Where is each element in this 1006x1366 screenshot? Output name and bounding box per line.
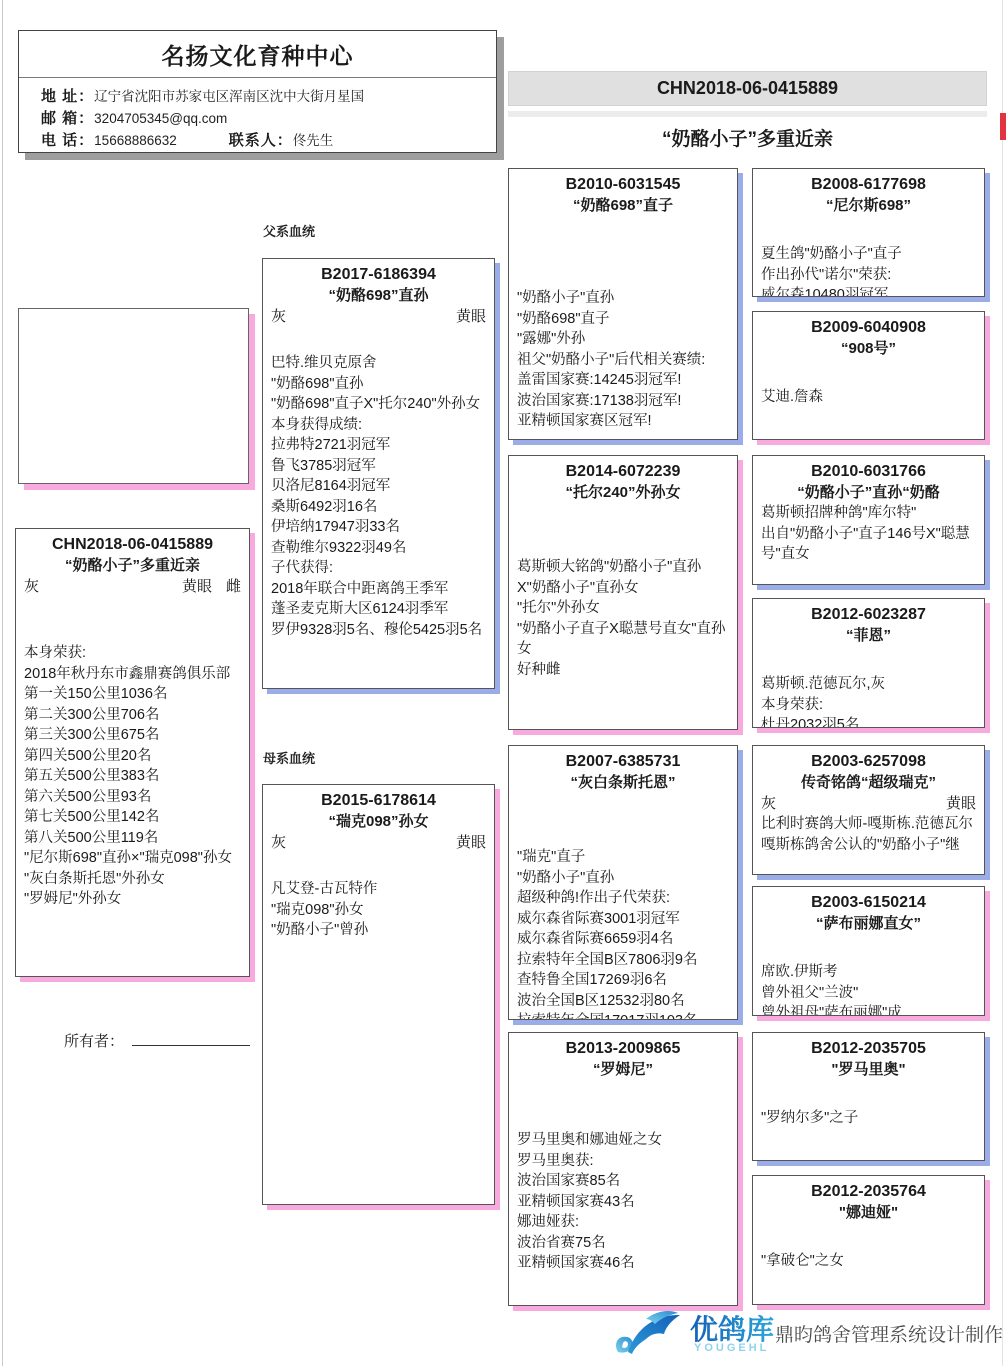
ring-number: B2017-6186394 [271,264,486,285]
red-edge-mark [1000,113,1006,140]
page-left-border [2,0,3,1366]
phone-value: 15668886632 [94,133,177,148]
loft-contact-rows: 地 址：辽宁省沈阳市苏家屯区浑南区沈中大街月星国 邮 箱：3204705345@… [19,78,496,152]
bird-name: “灰白条斯托恩” [517,772,729,793]
pedigree-box-mm: B2013-2009865 “罗姆尼” 罗马里奥和娜迪娅之女 罗马里奥获: 波治… [508,1032,738,1306]
bird-traits: 灰 黄眼雌 [24,576,241,597]
bird-notes: 巴特.维贝克原舍 "奶酪698"直孙 "奶酪698"直子X"托尔240"外孙女 … [271,353,486,640]
pedigree-subtitle: “奶酪小子”多重近亲 [508,124,987,151]
bird-name: “罗姆尼” [517,1059,729,1080]
ring-number: B2015-6178614 [271,790,486,811]
paternal-line-label: 父系血统 [263,221,315,240]
ring-number: B2010-6031545 [517,174,729,195]
page-right-border [1002,0,1003,1366]
bird-notes: "奶酪小子"直孙 "奶酪698"直子 "露娜"外孙 祖父"奶酪小子"后代相关赛绩… [517,288,729,432]
pedigree-box-mother: B2015-6178614 “瑞克098”孙女 灰 黄眼 凡艾登-古瓦特作 "瑞… [262,784,495,1205]
title-bar-strip [508,111,987,117]
contact-value: 佟先生 [293,133,334,148]
email-label: 邮 箱： [41,110,94,127]
pedigree-box-main: CHN2018-06-0415889 “奶酪小子”多重近亲 灰 黄眼雌 本身荣获… [15,528,250,977]
pedigree-box-mmm: B2012-2035764 "娜迪娅" "拿破仑"之女 [752,1175,985,1305]
pedigree-box-mff: B2003-6257098 传奇铭鸽“超级瑞克” 灰 黄眼 比利时赛鸽大师-嘎斯… [752,745,985,875]
color-value: 灰 [24,576,39,597]
ring-number: B2009-6040908 [761,317,976,338]
eye-value: 黄眼 [456,832,486,853]
pedigree-box-father: B2017-6186394 “奶酪698”直孙 灰 黄眼 巴特.维贝克原舍 "奶… [262,258,495,689]
color-value: 灰 [271,306,286,327]
email-value: 3204705345@qq.com [94,111,227,126]
bird-notes: 本身荣获: 2018年秋丹东市鑫鼎赛鸽俱乐部 第一关150公里1036名 第二关… [24,643,241,910]
bird-name: “尼尔斯698” [761,195,976,216]
bird-name: “瑞克098”孙女 [271,811,486,832]
owner-blank-line [132,1031,250,1046]
ring-number: CHN2018-06-0415889 [24,534,241,555]
maternal-line-label: 母系血统 [263,748,315,767]
yougeku-logo-latin: YOUGEHL [694,1342,769,1354]
ring-number: B2014-6072239 [517,461,729,482]
phone-label: 电 话： [41,132,94,149]
bird-notes: 葛斯顿大铭鸽"奶酪小子"直孙 X"奶酪小子"直孙女 "托尔"外孙女 "奶酪小子直… [517,557,729,680]
owner-label: 所有者： [64,1033,124,1050]
ring-number: B2008-6177698 [761,174,976,195]
pedigree-box-mf: B2007-6385731 “灰白条斯托恩” "瑞克"直子 "奶酪小子"直孙 超… [508,745,738,1020]
eye-value: 黄眼 [456,306,486,327]
eye-value: 黄眼 [946,793,976,814]
bird-name: “奶酪698”直孙 [271,285,486,306]
ring-number: B2012-2035764 [761,1181,976,1202]
ring-number: B2013-2009865 [517,1038,729,1059]
ring-number: B2007-6385731 [517,751,729,772]
bird-notes: 比利时赛鸽大师-嘎斯栋.范德瓦尔 嘎斯栋鸽舍公认的"奶酪小子"继 [761,814,976,855]
bird-notes: 夏生鸽"奶酪小子"直子 作出孙代"诺尔"荣获: 威尔森10480羽冠军 [761,244,976,297]
pedigree-box-ff: B2010-6031545 “奶酪698”直子 "奶酪小子"直孙 "奶酪698"… [508,168,738,440]
bird-name: “托尔240”外孙女 [517,482,729,503]
bird-notes: 艾迪.詹森 [761,387,976,408]
loft-name: 名扬文化育种中心 [19,31,496,78]
bird-traits: 灰 黄眼 [271,832,486,853]
pedigree-box-fm: B2014-6072239 “托尔240”外孙女 葛斯顿大铭鸽"奶酪小子"直孙 … [508,455,738,730]
pedigree-box-fff: B2008-6177698 “尼尔斯698” 夏生鸽"奶酪小子"直子 作出孙代"… [752,168,985,297]
bird-name: “奶酪小子”直孙“奶酪 [761,482,976,503]
bird-traits: 灰 黄眼 [761,793,976,814]
pedigree-box-fmf: B2010-6031766 “奶酪小子”直孙“奶酪 葛斯顿招牌种鸽"库尔特" 出… [752,455,985,585]
bird-notes: 凡艾登-古瓦特作 "瑞克098"孙女 "奶酪小子"曾孙 [271,879,486,941]
ring-number: B2012-6023287 [761,604,976,625]
phone-row: 电 话：15668886632联系人：佟先生 [41,130,496,152]
color-value: 灰 [761,793,776,814]
bird-name: “908号” [761,338,976,359]
eye-value: 黄眼 [182,576,212,597]
address-label: 地 址： [41,88,94,105]
bird-traits: 灰 黄眼 [271,306,486,327]
bird-notes: 葛斯顿.范德瓦尔,灰 本身荣获: 杜丹2032羽5名 [761,674,976,728]
ring-number: B2012-2035705 [761,1038,976,1059]
ring-number-bar: CHN2018-06-0415889 [508,71,987,106]
bird-notes: "拿破仑"之女 [761,1251,976,1272]
contact-label: 联系人： [229,132,293,149]
bird-name: 传奇铭鸽“超级瑞克” [761,772,976,793]
address-row: 地 址：辽宁省沈阳市苏家屯区浑南区沈中大街月星国 [41,86,496,108]
pedigree-box-mmf: B2012-2035705 "罗马里奥" "罗纳尔多"之子 [752,1032,985,1161]
system-credit-text: 鼎昀鸽舍管理系统设计制作 [775,1320,1003,1347]
email-row: 邮 箱：3204705345@qq.com [41,108,496,130]
bird-name: “奶酪小子”多重近亲 [24,555,241,576]
bird-notes: 葛斯顿招牌种鸽"库尔特" 出自"奶酪小子"直子146号X"聪慧号"直女 [761,503,976,565]
ring-number: B2003-6257098 [761,751,976,772]
bird-notes: "罗纳尔多"之子 [761,1108,976,1129]
photo-placeholder [18,308,249,484]
bird-notes: 席欧.伊斯考 曾外祖父"兰波" 曾外祖母"萨布丽娜"成 [761,962,976,1016]
pedigree-page: 名扬文化育种中心 地 址：辽宁省沈阳市苏家屯区浑南区沈中大街月星国 邮 箱：32… [0,0,1006,1366]
loft-header-card: 名扬文化育种中心 地 址：辽宁省沈阳市苏家屯区浑南区沈中大街月星国 邮 箱：32… [18,30,497,153]
bird-name: “菲恩” [761,625,976,646]
pedigree-box-fmm: B2012-6023287 “菲恩” 葛斯顿.范德瓦尔,灰 本身荣获: 杜丹20… [752,598,985,728]
bird-notes: 罗马里奥和娜迪娅之女 罗马里奥获: 波治国家赛85名 亚精顿国家赛43名 娜迪娅… [517,1130,729,1274]
pedigree-box-ffm: B2009-6040908 “908号” 艾迪.詹森 [752,311,985,440]
bird-name: "娜迪娅" [761,1202,976,1223]
pedigree-box-mfm: B2003-6150214 “萨布丽娜直女” 席欧.伊斯考 曾外祖父"兰波" 曾… [752,886,985,1016]
ring-number: B2010-6031766 [761,461,976,482]
bird-name: "罗马里奥" [761,1059,976,1080]
owner-row: 所有者： [64,1030,250,1051]
ring-number: B2003-6150214 [761,892,976,913]
bird-notes: "瑞克"直子 "奶酪小子"直孙 超级种鸽!作出子代荣获: 威尔森省际赛3001羽… [517,847,729,1020]
color-value: 灰 [271,832,286,853]
bird-name: “萨布丽娜直女” [761,913,976,934]
bird-name: “奶酪698”直子 [517,195,729,216]
yougeku-logo-icon [612,1306,684,1360]
sex-value: 雌 [226,576,241,597]
address-value: 辽宁省沈阳市苏家屯区浑南区沈中大街月星国 [94,89,364,104]
